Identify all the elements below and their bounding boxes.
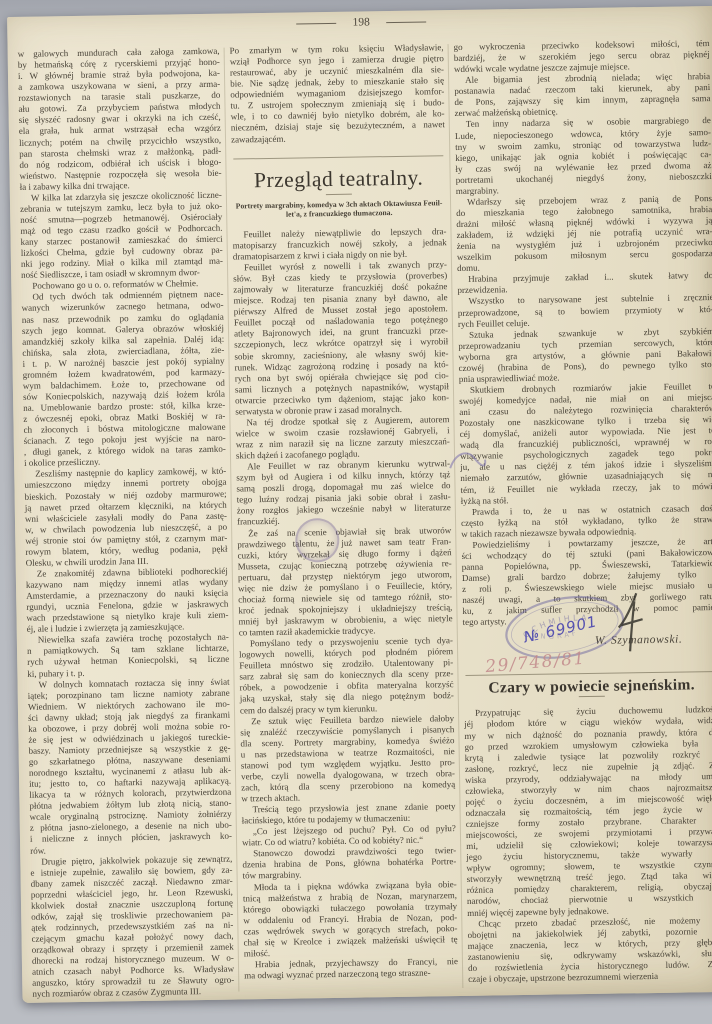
paragraph: Feuillet wyrósł z nowelli i tak zwanych … bbox=[233, 259, 449, 417]
paragraph: Wdarłszy się przebojem wraz z panią de P… bbox=[456, 193, 712, 274]
ink-flourish bbox=[448, 448, 488, 475]
article-title-theater-review: Przegląd teatralny. bbox=[232, 172, 446, 186]
column-middle: Po zmarłym w tym roku księciu Władysławi… bbox=[230, 42, 459, 981]
paragraph: W kilka lat zdarzyła się jeszcze okolicz… bbox=[20, 190, 223, 282]
paragraph: W dolnych komnatach roztacza się inny św… bbox=[27, 676, 232, 856]
paragraph: Skutkiem drobnych rozmiarów jakie Feuill… bbox=[459, 381, 712, 507]
paragraph: Chcąc przeto zbadać przeszłość, nie może… bbox=[467, 914, 712, 984]
paragraph: w galowych mundurach cała załoga zamkowa… bbox=[18, 46, 222, 193]
page-header: 198 bbox=[7, 11, 712, 34]
title-rule bbox=[326, 193, 352, 194]
page-number: 198 bbox=[352, 16, 369, 28]
title-rule bbox=[579, 696, 605, 697]
paragraph: Sztuka jednak szwankuje w zbyt szybkiémp… bbox=[458, 326, 712, 385]
scanned-page: 198 w galowych mundurach cała załoga zam… bbox=[7, 6, 712, 1003]
paragraph: go wykroczenia przeciwko kodeksowi miłoś… bbox=[454, 38, 710, 75]
paragraph: Od tych dwóch tak odmienném piętnem nace… bbox=[21, 289, 226, 469]
paragraph: Drugie piętro, jakkolwiek pokazuje się z… bbox=[30, 853, 234, 1000]
article-title-sejny: Czary w powiecie sejneńskim. bbox=[464, 679, 712, 694]
column-left: w galowych mundurach cała załoga zamkowa… bbox=[18, 46, 235, 1000]
paragraph: Ze znakomitéj zdawna biblioteki podhorec… bbox=[26, 566, 229, 636]
handwritten-ink-mark bbox=[612, 591, 649, 654]
paragraph: Przypatrując się życiu duchowemu ludzkoś… bbox=[464, 704, 712, 918]
paragraph: Ten inny nadarza się w osobie margrabieg… bbox=[455, 115, 712, 196]
paragraph: Zeszliśmy następnie do kaplicy zamkowéj,… bbox=[24, 466, 228, 569]
paragraph: Po zmarłym w tym roku księciu Władysławi… bbox=[230, 42, 446, 145]
header-rule-right bbox=[386, 21, 426, 23]
article-subtitle: Portrety margrabiny, komedya w 3ch aktac… bbox=[235, 198, 443, 220]
paragraph: Wszystko to narysowane jest subtelnie i … bbox=[458, 292, 712, 329]
column-right: go wykroczenia przeciwko kodeksowi miłoś… bbox=[454, 38, 712, 985]
paragraph: Młoda ta i piękna wdówka związana była o… bbox=[243, 879, 458, 960]
paragraph: Prawda i to, że u nas w ostatnich czasac… bbox=[461, 503, 712, 540]
paragraph: Ale bigamia jest zbrodnią nielada; więc … bbox=[454, 71, 711, 119]
paragraph: Ze sztuk więc Feuilleta bardzo niewiele … bbox=[240, 713, 455, 805]
paragraph: Hrabia jednak, przyjechawszy do Francyi,… bbox=[244, 956, 458, 981]
paragraph: Ale Feuillet w raz obranym kierunku wytr… bbox=[236, 458, 451, 528]
paragraph: Że zaś na scenie objawiał się brak utwor… bbox=[237, 525, 453, 639]
paragraph: Pomyślano tedy o przyswojeniu scenie tyc… bbox=[239, 635, 454, 716]
section-rule bbox=[233, 155, 443, 159]
paragraph: Niewielka szafa zawiéra trochę pozostały… bbox=[27, 632, 230, 679]
paragraph: Stanowczo dowodzi prawdziwości tego twie… bbox=[242, 845, 456, 882]
paragraph: Feuillet należy niewątpliwie do lepszych… bbox=[232, 226, 446, 263]
paragraph: Na téj drodze spotkał się z Augierem, au… bbox=[235, 414, 450, 462]
header-rule-left bbox=[297, 22, 337, 24]
